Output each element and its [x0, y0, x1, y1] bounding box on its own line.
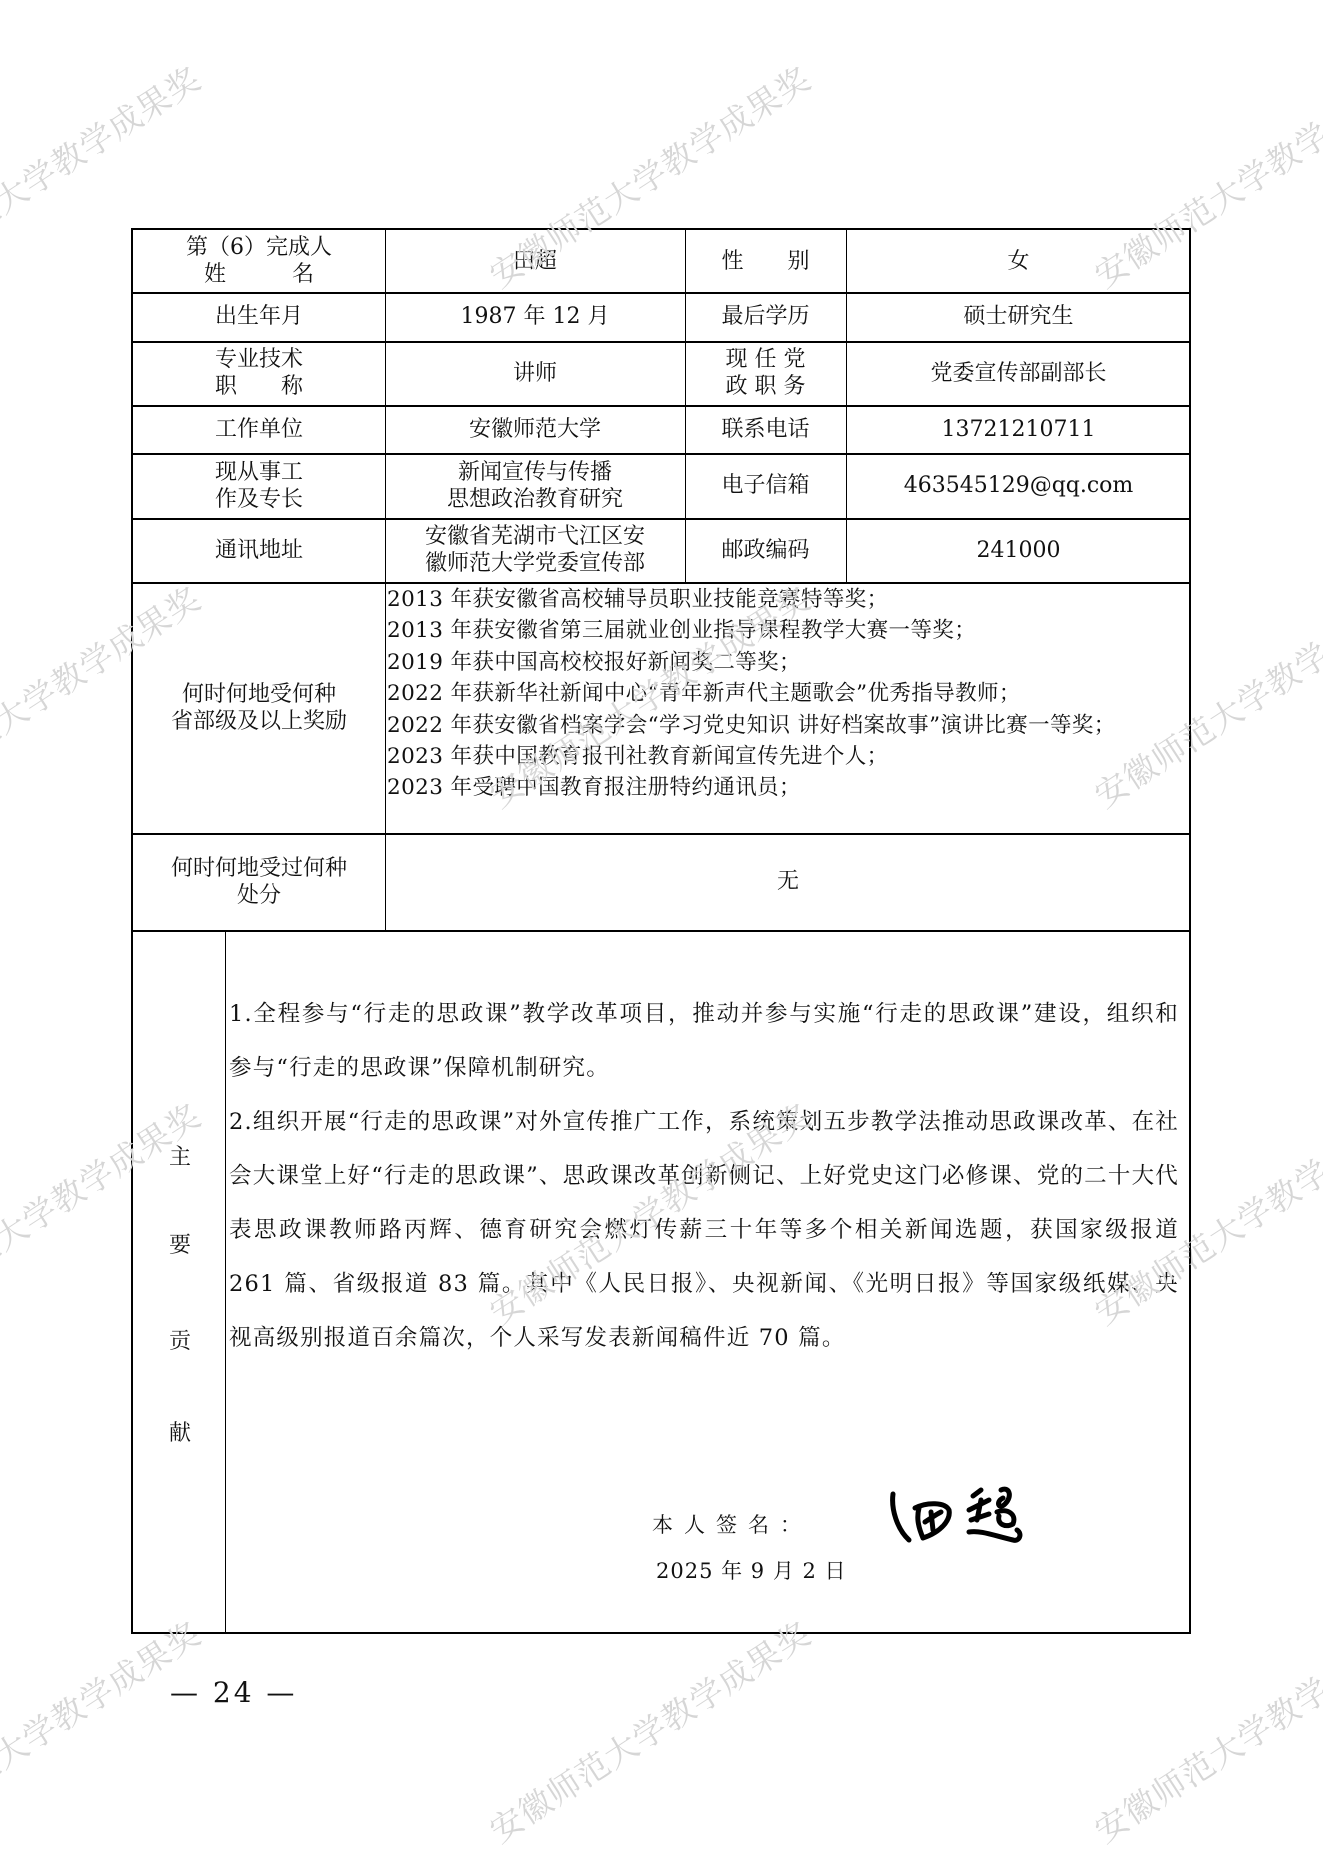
award-item: 2013 年获安徽省高校辅导员职业技能竞赛特等奖；	[387, 584, 1187, 615]
award-item: 2013 年获安徽省第三届就业创业指导课程教学大赛一等奖；	[387, 615, 1187, 646]
birth-value: 1987 年 12 月	[385, 292, 685, 341]
watermark-text: 安徽师范大学教学成果奖	[0, 1609, 209, 1852]
value-line: 安徽省芜湖市弋江区安	[425, 523, 645, 550]
address-label: 通讯地址	[133, 518, 385, 582]
contribution-label-char: 要	[133, 1228, 227, 1259]
signature-date: 2025 年 9 月 2 日	[656, 1555, 847, 1585]
position-value: 党委宣传部副部长	[846, 341, 1191, 405]
row-divider	[133, 930, 1189, 932]
title-label: 专业技术 职 称	[133, 341, 385, 405]
label-line: 处分	[237, 882, 281, 909]
signature-label: 本人签名：	[652, 1509, 812, 1539]
email-label: 电子信箱	[685, 453, 846, 518]
phone-label: 联系电话	[685, 405, 846, 453]
gender-value: 女	[846, 230, 1191, 292]
label-line: 专业技术	[215, 346, 303, 373]
label-line: 何时何地受过何种	[171, 855, 347, 882]
email-value: 463545129@qq.com	[846, 453, 1191, 518]
contribution-paragraph: 1.全程参与“行走的思政课”教学改革项目，推动并参与实施“行走的思政课”建设，组…	[229, 987, 1179, 1095]
award-item: 2022 年获安徽省档案学会“学习党史知识 讲好档案故事”演讲比赛一等奖；	[387, 710, 1177, 741]
value-line: 新闻宣传与传播	[458, 459, 612, 486]
label-line: 姓 名	[204, 261, 314, 288]
watermark-text: 安徽师范大学教学成果奖	[1084, 1609, 1323, 1852]
education-label: 最后学历	[685, 292, 846, 341]
value-line: 思想政治教育研究	[447, 486, 623, 513]
label-line: 第（6）完成人	[186, 234, 332, 261]
label-line: 现 任 党	[726, 346, 806, 373]
col-divider	[225, 930, 226, 1634]
name-value: 田超	[385, 230, 685, 292]
watermark-text: 安徽师范大学教学成果奖	[479, 1609, 818, 1852]
contribution-text: 1.全程参与“行走的思政课”教学改革项目，推动并参与实施“行走的思政课”建设，组…	[229, 987, 1179, 1365]
position-label: 现 任 党 政 职 务	[685, 341, 846, 405]
award-item: 2019 年获中国高校校报好新闻奖二等奖；	[387, 647, 1187, 678]
title-value: 讲师	[385, 341, 685, 405]
label-line: 职 称	[215, 373, 303, 400]
punishment-label: 何时何地受过何种 处分	[133, 833, 385, 930]
employer-label: 工作单位	[133, 405, 385, 453]
award-item: 2023 年受聘中国教育报注册特约通讯员；	[387, 772, 1187, 803]
contribution-label-char: 贡	[133, 1324, 227, 1355]
label-line: 何时何地受何种	[182, 681, 336, 708]
label-line: 作及专长	[215, 486, 303, 513]
awards-label: 何时何地受何种 省部级及以上奖励	[133, 582, 385, 833]
page-number: — 24 —	[170, 1676, 297, 1709]
employer-value: 安徽师范大学	[385, 405, 685, 453]
contribution-label-char: 献	[133, 1416, 227, 1447]
specialty-value: 新闻宣传与传播 思想政治教育研究	[385, 453, 685, 518]
postcode-value: 241000	[846, 518, 1191, 582]
label-line: 政 职 务	[726, 373, 806, 400]
signature-icon	[885, 1484, 1035, 1550]
handwritten-signature	[885, 1484, 1035, 1554]
postcode-label: 邮政编码	[685, 518, 846, 582]
award-item: 2023 年获中国教育报刊社教育新闻宣传先进个人；	[387, 741, 1187, 772]
contribution-label-char: 主	[133, 1140, 227, 1171]
label-line: 省部级及以上奖励	[171, 708, 347, 735]
name-label: 第（6）完成人 姓 名	[133, 230, 385, 292]
birth-label: 出生年月	[133, 292, 385, 341]
specialty-label: 现从事工 作及专长	[133, 453, 385, 518]
address-value: 安徽省芜湖市弋江区安 徽师范大学党委宣传部	[385, 518, 685, 582]
completer-info-table: 第（6）完成人 姓 名 田超 性 别 女 出生年月 1987 年 12 月 最后…	[131, 228, 1191, 1634]
contribution-paragraph: 2.组织开展“行走的思政课”对外宣传推广工作，系统策划五步教学法推动思政课改革、…	[229, 1095, 1179, 1365]
punishment-value: 无	[385, 833, 1191, 930]
label-line: 现从事工	[215, 459, 303, 486]
value-line: 徽师范大学党委宣传部	[425, 550, 645, 577]
gender-label: 性 别	[685, 230, 846, 292]
education-value: 硕士研究生	[846, 292, 1191, 341]
phone-value: 13721210711	[846, 405, 1191, 453]
award-item: 2022 年获新华社新闻中心“青年新声代主题歌会”优秀指导教师；	[387, 678, 1187, 709]
awards-list: 2013 年获安徽省高校辅导员职业技能竞赛特等奖； 2013 年获安徽省第三届就…	[387, 584, 1187, 804]
